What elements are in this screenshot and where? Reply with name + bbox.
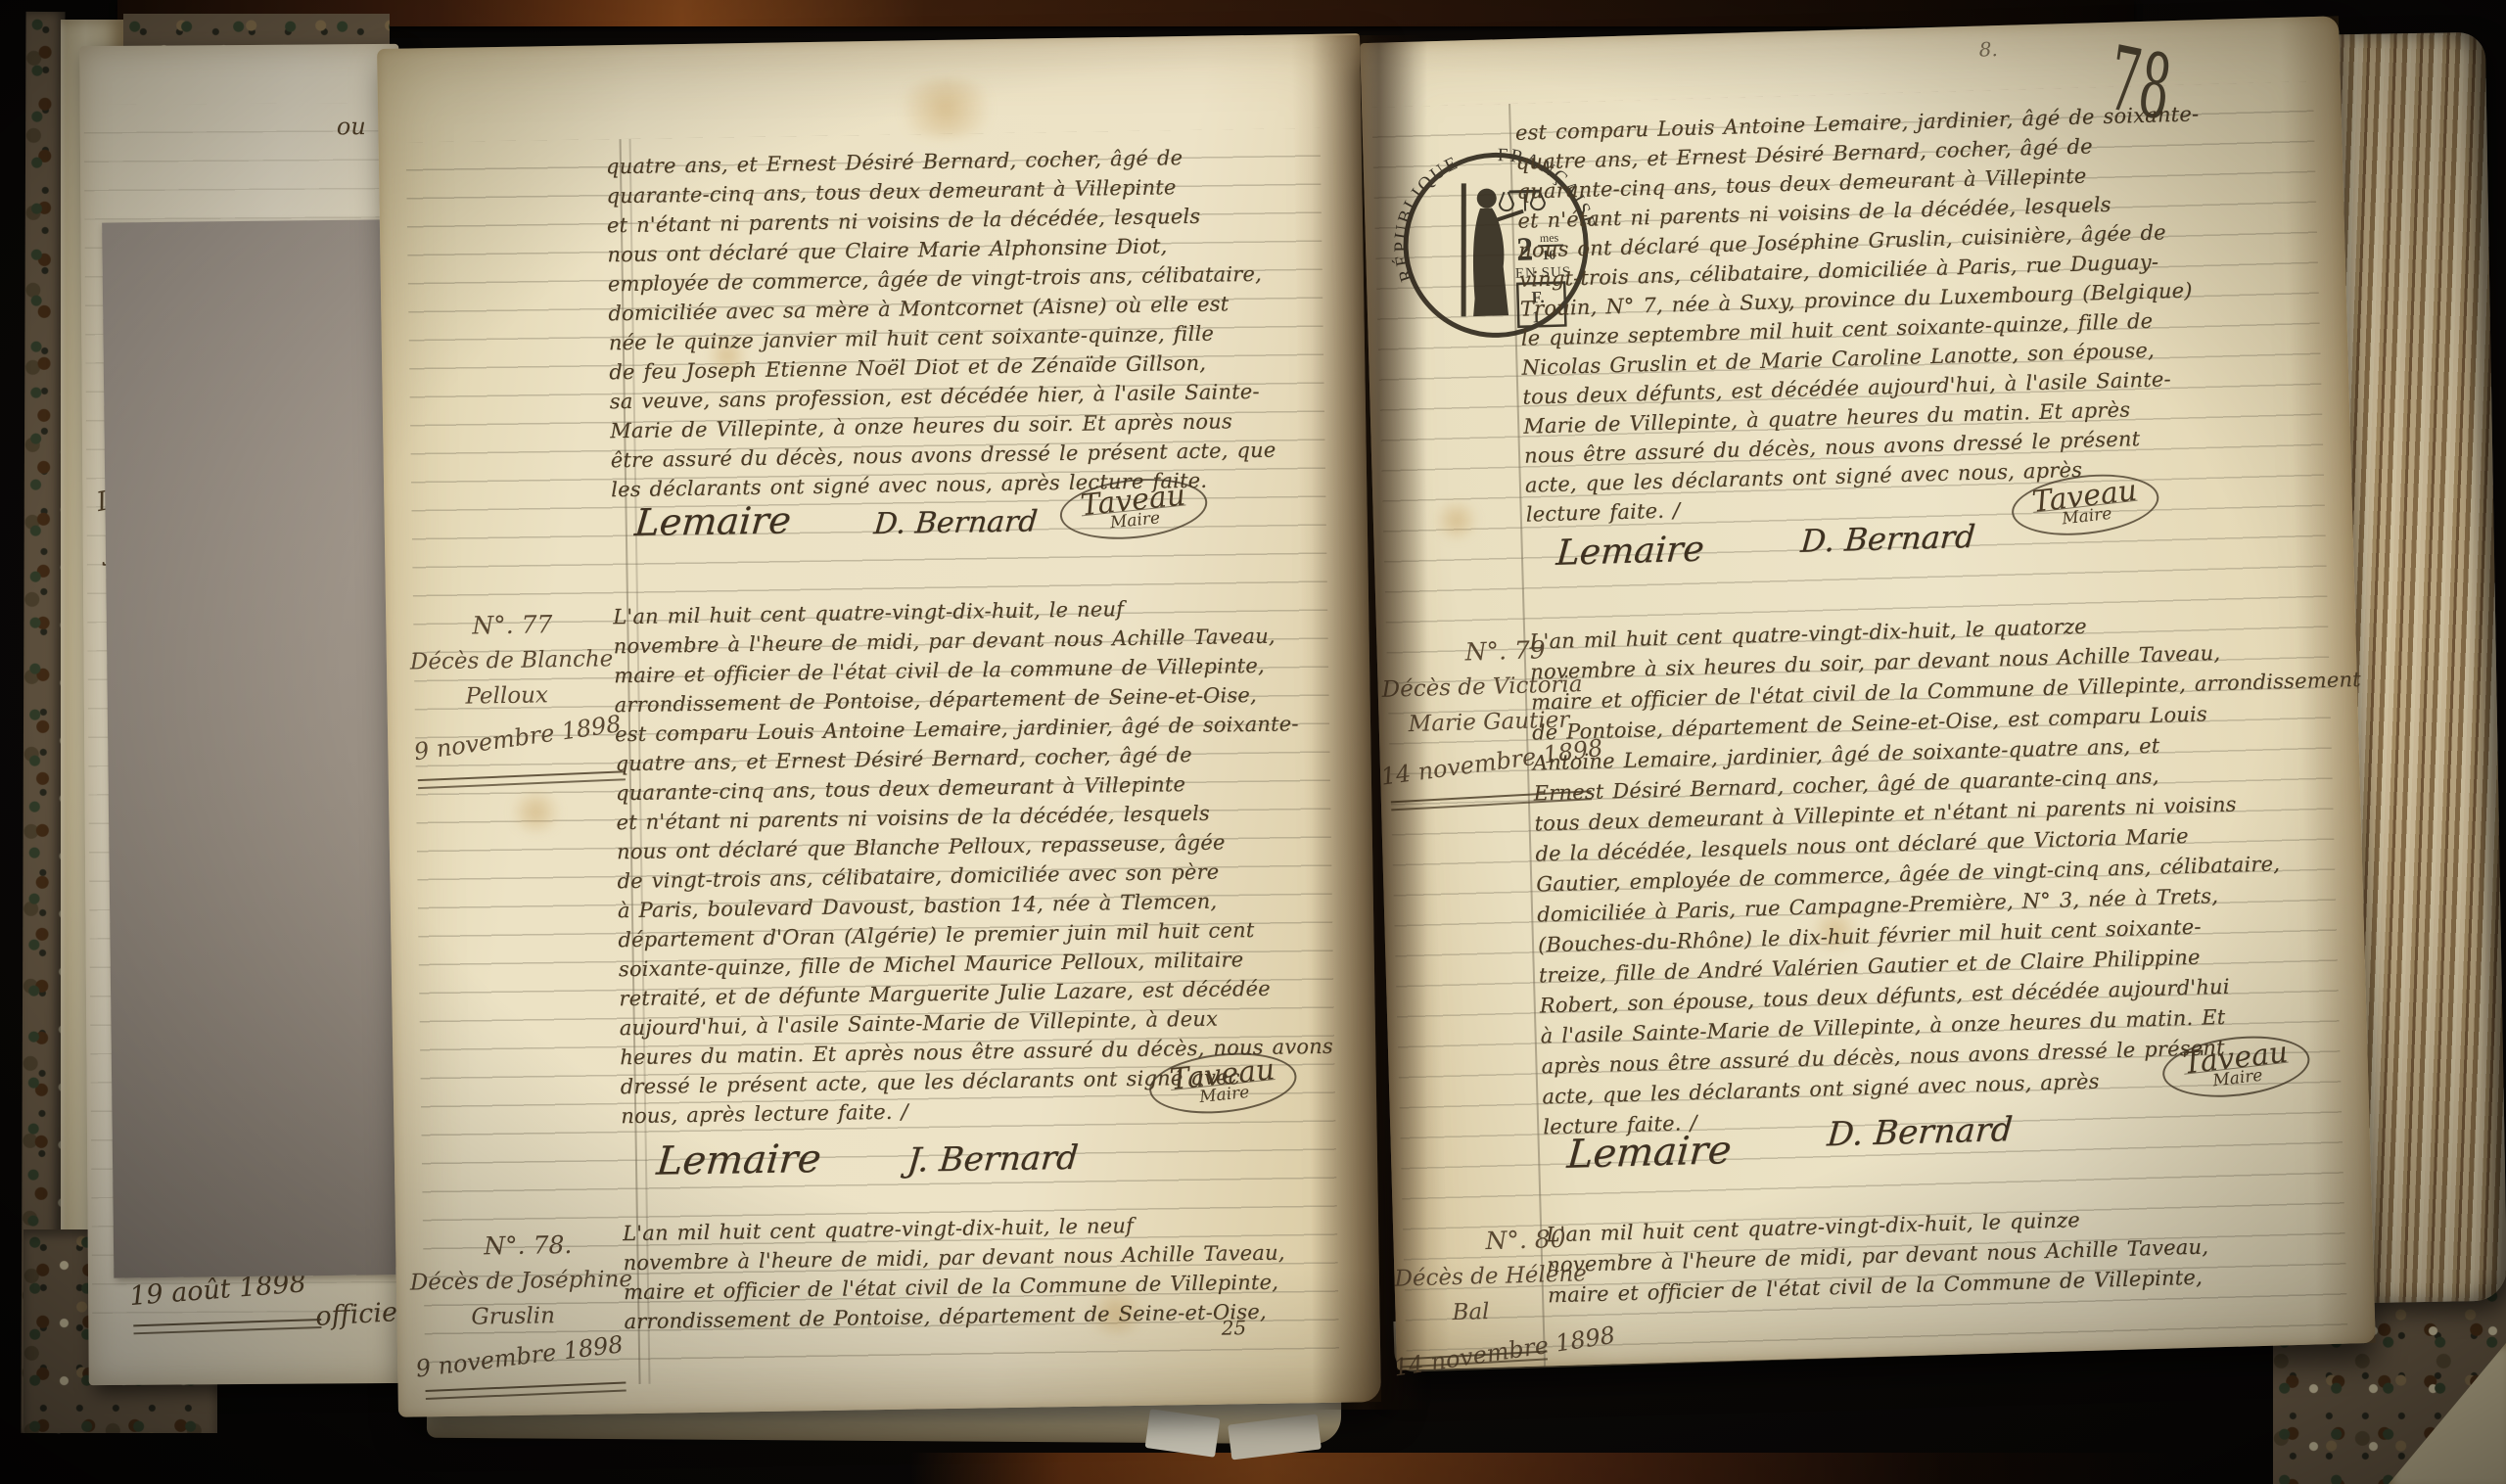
- manuscript-fragment: ou: [337, 113, 366, 140]
- margin-act-number: N°. 77: [472, 610, 553, 639]
- wooden-desk-bottom-edge: [910, 1453, 2183, 1484]
- foxing-stain: [887, 78, 1005, 139]
- page-folio-number: 25: [1222, 1316, 1247, 1339]
- pencil-mark: 8.: [1978, 37, 1998, 62]
- margin-deceased-name: Gruslin: [471, 1303, 555, 1329]
- margin-deceased-name: Bal: [1452, 1299, 1490, 1325]
- underlying-register-page: ou Décès Josép 13 a Déc 19 août 1898 off…: [79, 44, 408, 1385]
- act-78-continuation-text: est comparu Louis Antoine Lemaire, jardi…: [1515, 99, 2309, 532]
- stamp-arc-text-left: RÉPUBLIQUE: [1388, 152, 1465, 284]
- margin-act-number: N°. 78.: [484, 1230, 572, 1260]
- margin-deceased-name: Décès de Joséphine: [410, 1267, 632, 1296]
- signature-bernard: D. Bernard: [1826, 1110, 2014, 1154]
- photographed-death-register: ou Décès Josép 13 a Déc 19 août 1898 off…: [0, 0, 2506, 1484]
- marbled-cover-spine: [21, 12, 65, 1433]
- wooden-desk-top-edge: [117, 0, 2134, 26]
- margin-deceased-name: Pelloux: [465, 682, 548, 709]
- signature-bernard: D. Bernard: [1799, 518, 1976, 560]
- act-76-continuation-text: quatre ans, et Ernest Désiré Bernard, co…: [606, 144, 1319, 507]
- act-77-text: L'an mil huit cent quatre-vingt-dix-huit…: [613, 594, 1327, 1134]
- signature-lemaire: Lemaire: [1565, 1128, 1733, 1178]
- signature-lemaire: Lemaire: [633, 498, 793, 544]
- register-page-left: quatre ans, et Ernest Désiré Bernard, co…: [377, 33, 1381, 1417]
- paper-scrap: [1145, 1409, 1221, 1458]
- signature-bernard: D. Bernard: [872, 504, 1039, 541]
- register-page-right: 8. 78 RÉPUBLIQUE FRANÇAISE: [1360, 16, 2375, 1369]
- grey-privacy-card: [102, 219, 395, 1277]
- signature-lemaire: Lemaire: [655, 1136, 823, 1184]
- signature-bernard: J. Bernard: [905, 1138, 1080, 1181]
- margin-deceased-name: Décès de Blanche: [410, 646, 614, 674]
- signature-lemaire: Lemaire: [1555, 530, 1705, 574]
